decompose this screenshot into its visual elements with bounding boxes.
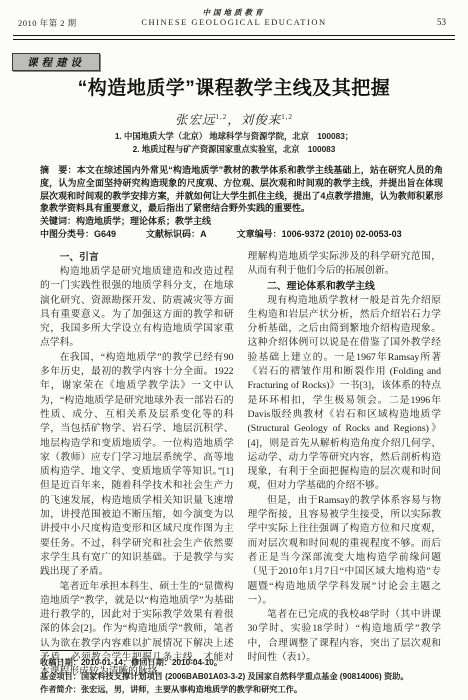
clc-group: 中图分类号：G649 (40, 228, 116, 241)
author-separator: ， (227, 113, 241, 127)
abstract-paragraph: 摘 要：本文在综述国内外常见“构造地质学”教材的教学体系和教学主线基础上，站在研… (40, 164, 443, 215)
clc-value: G649 (94, 229, 116, 239)
section-heading-2: 二、理论体系和教学主线 (248, 279, 442, 294)
right-continuation: 理解构造地质学实际涉及的科学研究范围，从而有利于他们今后的拓展创新。 (248, 250, 442, 279)
footnote-funding-label: 基金项目： (40, 672, 81, 681)
meta-line: 中图分类号：G649 文献标识码：A 文章编号：1006-9372 (2010)… (40, 228, 443, 241)
abstract-text: 本文在综述国内外常见“构造地质学”教材的教学体系和教学主线基础上，站在研究人员的… (40, 165, 443, 213)
right-paragraph-1: 现有构造地质学教材一般是首先介绍原生构造和岩层产状分析，然后介绍岩石力学分析基础… (248, 294, 442, 494)
footnote-funding-text: 国家科技支撑计划项目 (2006BAB01A03-3-2) 及国家自然科学重点基… (81, 672, 409, 681)
affiliation-2: 2. 地质过程与矿产资源国家重点实验室，北京 100083 (0, 143, 468, 156)
author-line: 张宏远1,2，刘俊来1,2 (0, 110, 468, 128)
page-number: 53 (437, 17, 446, 27)
author-1-affil-sup: 1,2 (215, 113, 227, 121)
keywords-label: 关键词： (40, 216, 76, 226)
left-paragraph-1: 构造地质学是研究地质建造和改造过程的一门实践性很强的地质学科分支，在地球演化研究… (40, 265, 234, 351)
article-title: “构造地质学”课程教学主线及其把握 (0, 73, 468, 100)
article-id-label: 文章编号： (237, 229, 282, 239)
abstract-block: 摘 要：本文在综述国内外常见“构造地质学”教材的教学体系和教学主线基础上，站在研… (40, 164, 443, 241)
footnote-received-text: 2010-01-14；修回日期：2010-04-10。 (81, 658, 222, 667)
right-paragraph-2: 但是，由于Ramsay的教学体系容易与物理学衔接，且容易被学生接受，所以实际教学… (248, 494, 442, 608)
article-id-value: 1006-9372 (2010) 02-0053-03 (282, 229, 402, 239)
section-heading-1: 一、引言 (40, 250, 234, 265)
header-double-rule (13, 35, 455, 40)
keywords-text: 构造地质学；理论体系；教学主线 (76, 216, 211, 226)
affiliation-1: 1. 中国地质大学（北京） 地球科学与资源学院，北京 100083； (0, 130, 468, 143)
clc-label: 中图分类号： (40, 229, 94, 239)
footnote-received-label: 收稿日期： (40, 658, 81, 667)
column-tag-badge: 课程建设 (12, 53, 100, 71)
author-1: 张宏远 (175, 113, 216, 127)
journal-name-en: CHINESE GEOLOGICAL EDUCATION (0, 17, 468, 27)
footnote-bio-text: 张宏远，男，讲师，主要从事构造地质学的教学和研究工作。 (81, 685, 302, 694)
journal-page: 2010 年第 2 期 中国地质教育 CHINESE GEOLOGICAL ED… (0, 0, 468, 700)
author-2-affil-sup: 1,2 (281, 113, 293, 121)
doc-code-value: A (200, 229, 207, 239)
doc-code-label: 文献标识码： (146, 229, 200, 239)
left-column: 一、引言 构造地质学是研究地质建造和改造过程的一门实践性很强的地质学科分支，在地… (40, 250, 234, 680)
footnote-funding: 基金项目：国家科技支撑计划项目 (2006BAB01A03-3-2) 及国家自然… (40, 670, 443, 684)
keywords-line: 关键词：构造地质学；理论体系；教学主线 (40, 215, 443, 228)
doc-code-group: 文献标识码：A (146, 228, 207, 241)
footnote-received: 收稿日期：2010-01-14；修回日期：2010-04-10。 (40, 656, 443, 670)
footnote-bio: 作者简介：张宏远，男，讲师，主要从事构造地质学的教学和研究工作。 (40, 683, 443, 697)
body-columns: 一、引言 构造地质学是研究地质建造和改造过程的一门实践性很强的地质学科分支，在地… (40, 250, 441, 680)
abstract-label: 摘 要： (40, 165, 77, 175)
footnotes-block: 收稿日期：2010-01-14；修回日期：2010-04-10。 基金项目：国家… (40, 656, 443, 697)
right-column: 理解构造地质学实际涉及的科学研究范围，从而有利于他们今后的拓展创新。 二、理论体… (248, 250, 442, 680)
footnote-divider (40, 650, 152, 651)
footnote-bio-label: 作者简介： (40, 685, 81, 694)
left-paragraph-2: 在我国，“构造地质学”的教学已经有90多年历史，最初的教学内容十分全面。1922… (40, 351, 234, 580)
article-id-group: 文章编号：1006-9372 (2010) 02-0053-03 (237, 228, 402, 241)
author-2: 刘俊来 (241, 113, 282, 127)
affiliations: 1. 中国地质大学（北京） 地球科学与资源学院，北京 100083； 2. 地质… (0, 130, 468, 156)
